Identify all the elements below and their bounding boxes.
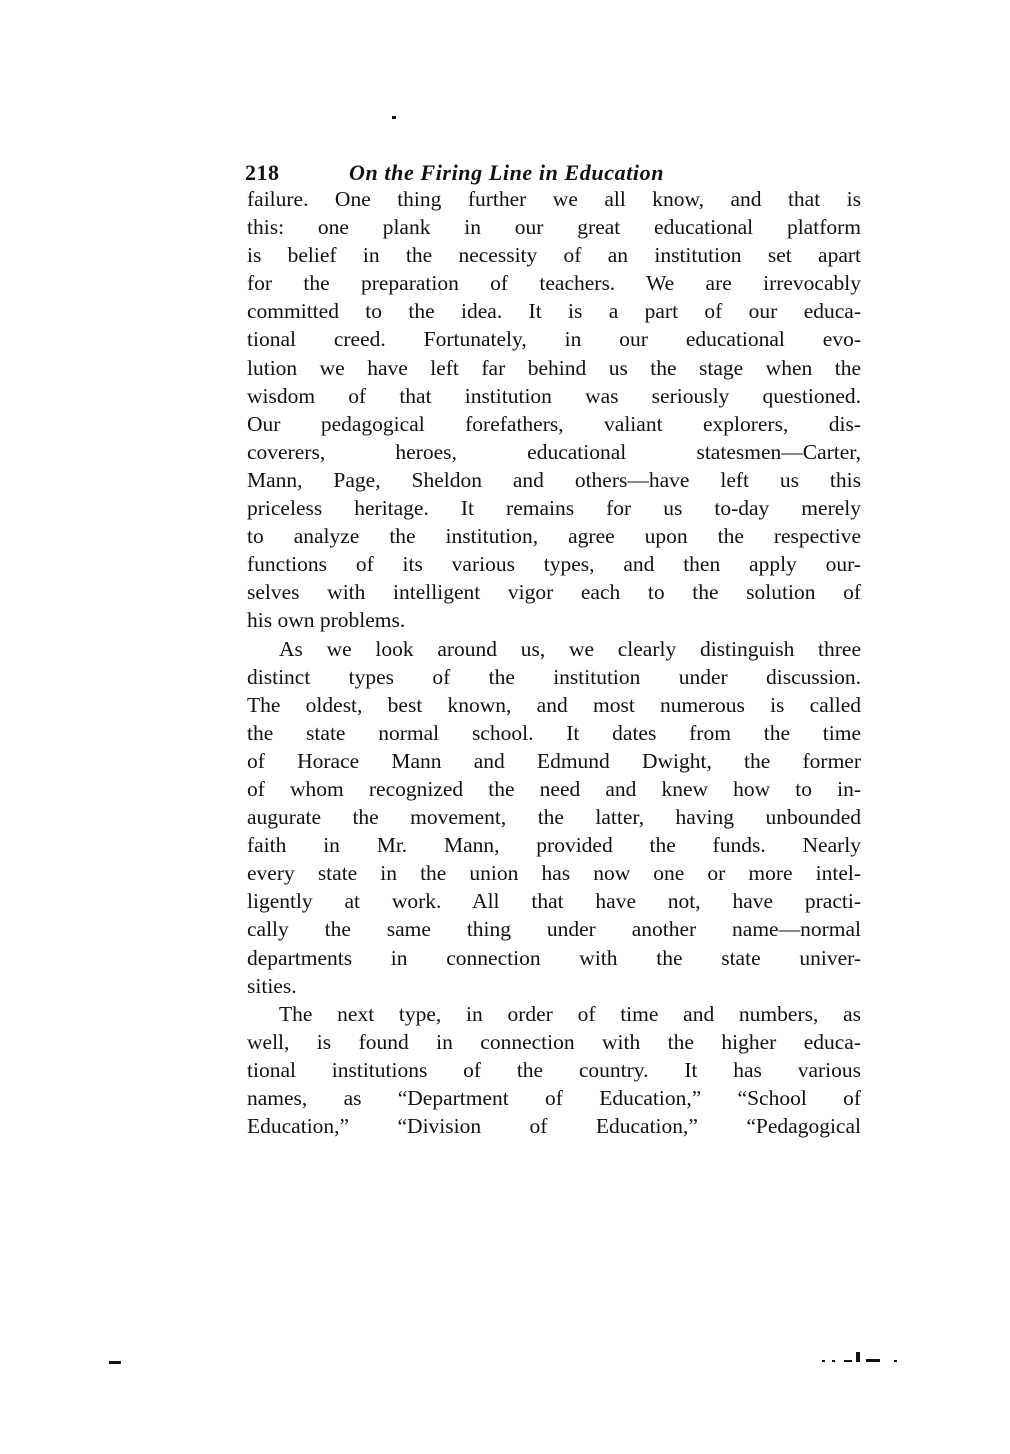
scan-speck [109, 1361, 121, 1364]
text-line: The oldest, best known, and most numerou… [247, 691, 861, 719]
scan-speck-cluster [822, 1350, 912, 1366]
paragraph-2: As we look around us, we clearly disting… [247, 635, 861, 1000]
text-line: tional institutions of the country. It h… [247, 1056, 861, 1084]
text-line: tional creed. Fortunately, in our educat… [247, 325, 861, 353]
text-line: augurate the movement, the latter, havin… [247, 803, 861, 831]
text-line: of whom recognized the need and knew how… [247, 775, 861, 803]
paragraph-3: The next type, in order of time and numb… [247, 1000, 861, 1140]
body-text: failure. One thing further we all know, … [247, 185, 861, 1140]
text-line: failure. One thing further we all know, … [247, 185, 861, 213]
text-line: coverers, heroes, educational statesmen—… [247, 438, 861, 466]
text-line: selves with intelligent vigor each to th… [247, 578, 861, 606]
scan-speck [392, 116, 396, 119]
text-line: well, is found in connection with the hi… [247, 1028, 861, 1056]
running-header: 218On the Firing Line in Education [245, 158, 865, 188]
text-line: distinct types of the institution under … [247, 663, 861, 691]
text-line: functions of its various types, and then… [247, 550, 861, 578]
text-line: this: one plank in our great educational… [247, 213, 861, 241]
text-line: for the preparation of teachers. We are … [247, 269, 861, 297]
text-line: Mann, Page, Sheldon and others—have left… [247, 466, 861, 494]
text-line: cally the same thing under another name—… [247, 915, 861, 943]
text-line: sities. [247, 972, 861, 1000]
text-line: is belief in the necessity of an institu… [247, 241, 861, 269]
text-line: faith in Mr. Mann, provided the funds. N… [247, 831, 861, 859]
text-line: the state normal school. It dates from t… [247, 719, 861, 747]
text-line: every state in the union has now one or … [247, 859, 861, 887]
book-page: 218On the Firing Line in Education failu… [0, 0, 1010, 1454]
text-line: departments in connection with the state… [247, 944, 861, 972]
text-line: ligently at work. All that have not, hav… [247, 887, 861, 915]
text-line: wisdom of that institution was seriously… [247, 382, 861, 410]
text-line: to analyze the institution, agree upon t… [247, 522, 861, 550]
paragraph-1: failure. One thing further we all know, … [247, 185, 861, 635]
text-line: names, as “Department of Education,” “Sc… [247, 1084, 861, 1112]
page-number: 218 [245, 158, 349, 188]
text-line: lution we have left far behind us the st… [247, 354, 861, 382]
text-line: Education,” “Division of Education,” “Pe… [247, 1112, 861, 1140]
text-line: his own problems. [247, 606, 861, 634]
text-line: committed to the idea. It is a part of o… [247, 297, 861, 325]
text-line: priceless heritage. It remains for us to… [247, 494, 861, 522]
text-line: Our pedagogical forefathers, valiant exp… [247, 410, 861, 438]
text-line: The next type, in order of time and numb… [247, 1000, 861, 1028]
text-line: of Horace Mann and Edmund Dwight, the fo… [247, 747, 861, 775]
running-title: On the Firing Line in Education [349, 160, 664, 185]
text-line: As we look around us, we clearly disting… [247, 635, 861, 663]
